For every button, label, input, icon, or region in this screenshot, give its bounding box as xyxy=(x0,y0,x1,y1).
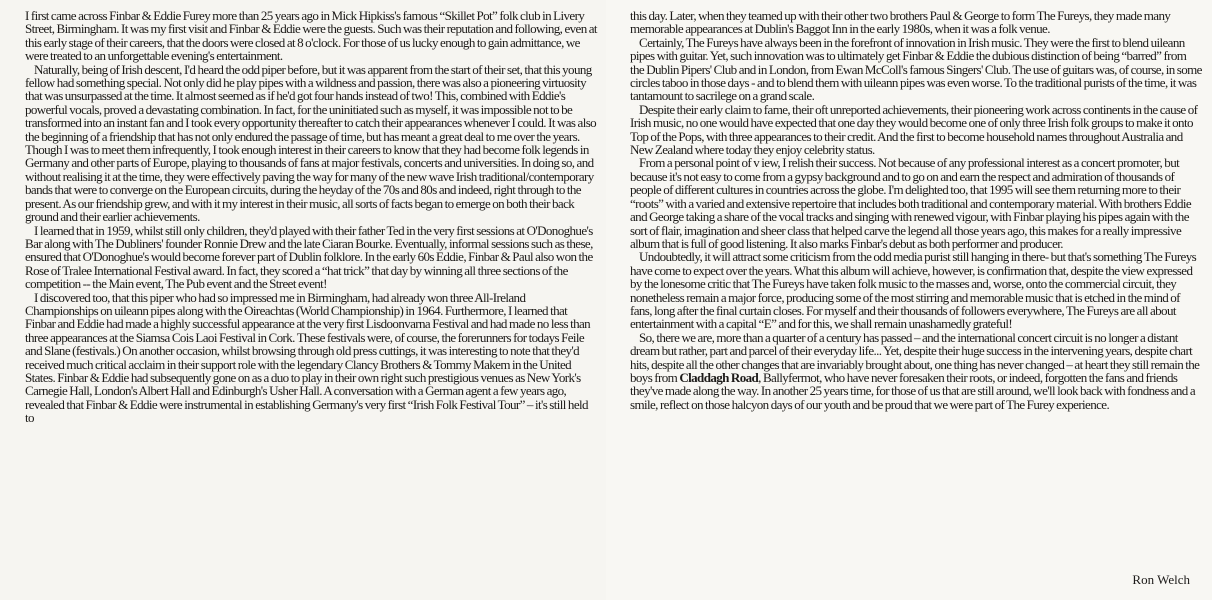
right-column-text: this day. Later, when they teamed up wit… xyxy=(630,9,1202,411)
paragraph: I learned that in 1959, whilst still onl… xyxy=(25,224,597,291)
paragraph: Certainly, The Fureys have always been i… xyxy=(630,36,1202,103)
right-page: this day. Later, when they teamed up wit… xyxy=(606,0,1212,600)
booklet-spread: I first came across Finbar & Eddie Furey… xyxy=(0,0,1212,600)
left-page: I first came across Finbar & Eddie Furey… xyxy=(0,0,606,600)
paragraph: I discovered too, that this piper who ha… xyxy=(25,291,597,425)
paragraph: I first came across Finbar & Eddie Furey… xyxy=(25,9,597,63)
paragraph: Naturally, being of Irish descent, I'd h… xyxy=(25,63,597,224)
left-column-text: I first came across Finbar & Eddie Furey… xyxy=(25,9,597,425)
paragraph: Despite their early claim to fame, their… xyxy=(630,103,1202,157)
paragraph: this day. Later, when they teamed up wit… xyxy=(630,9,1202,36)
paragraph: From a personal point of v iew, I relish… xyxy=(630,156,1202,250)
paragraph: Undoubtedly, it will attract some critic… xyxy=(630,250,1202,330)
author-signature: Ron Welch xyxy=(1132,572,1190,588)
paragraph-final: So, there we are, more than a quarter of… xyxy=(630,331,1202,411)
